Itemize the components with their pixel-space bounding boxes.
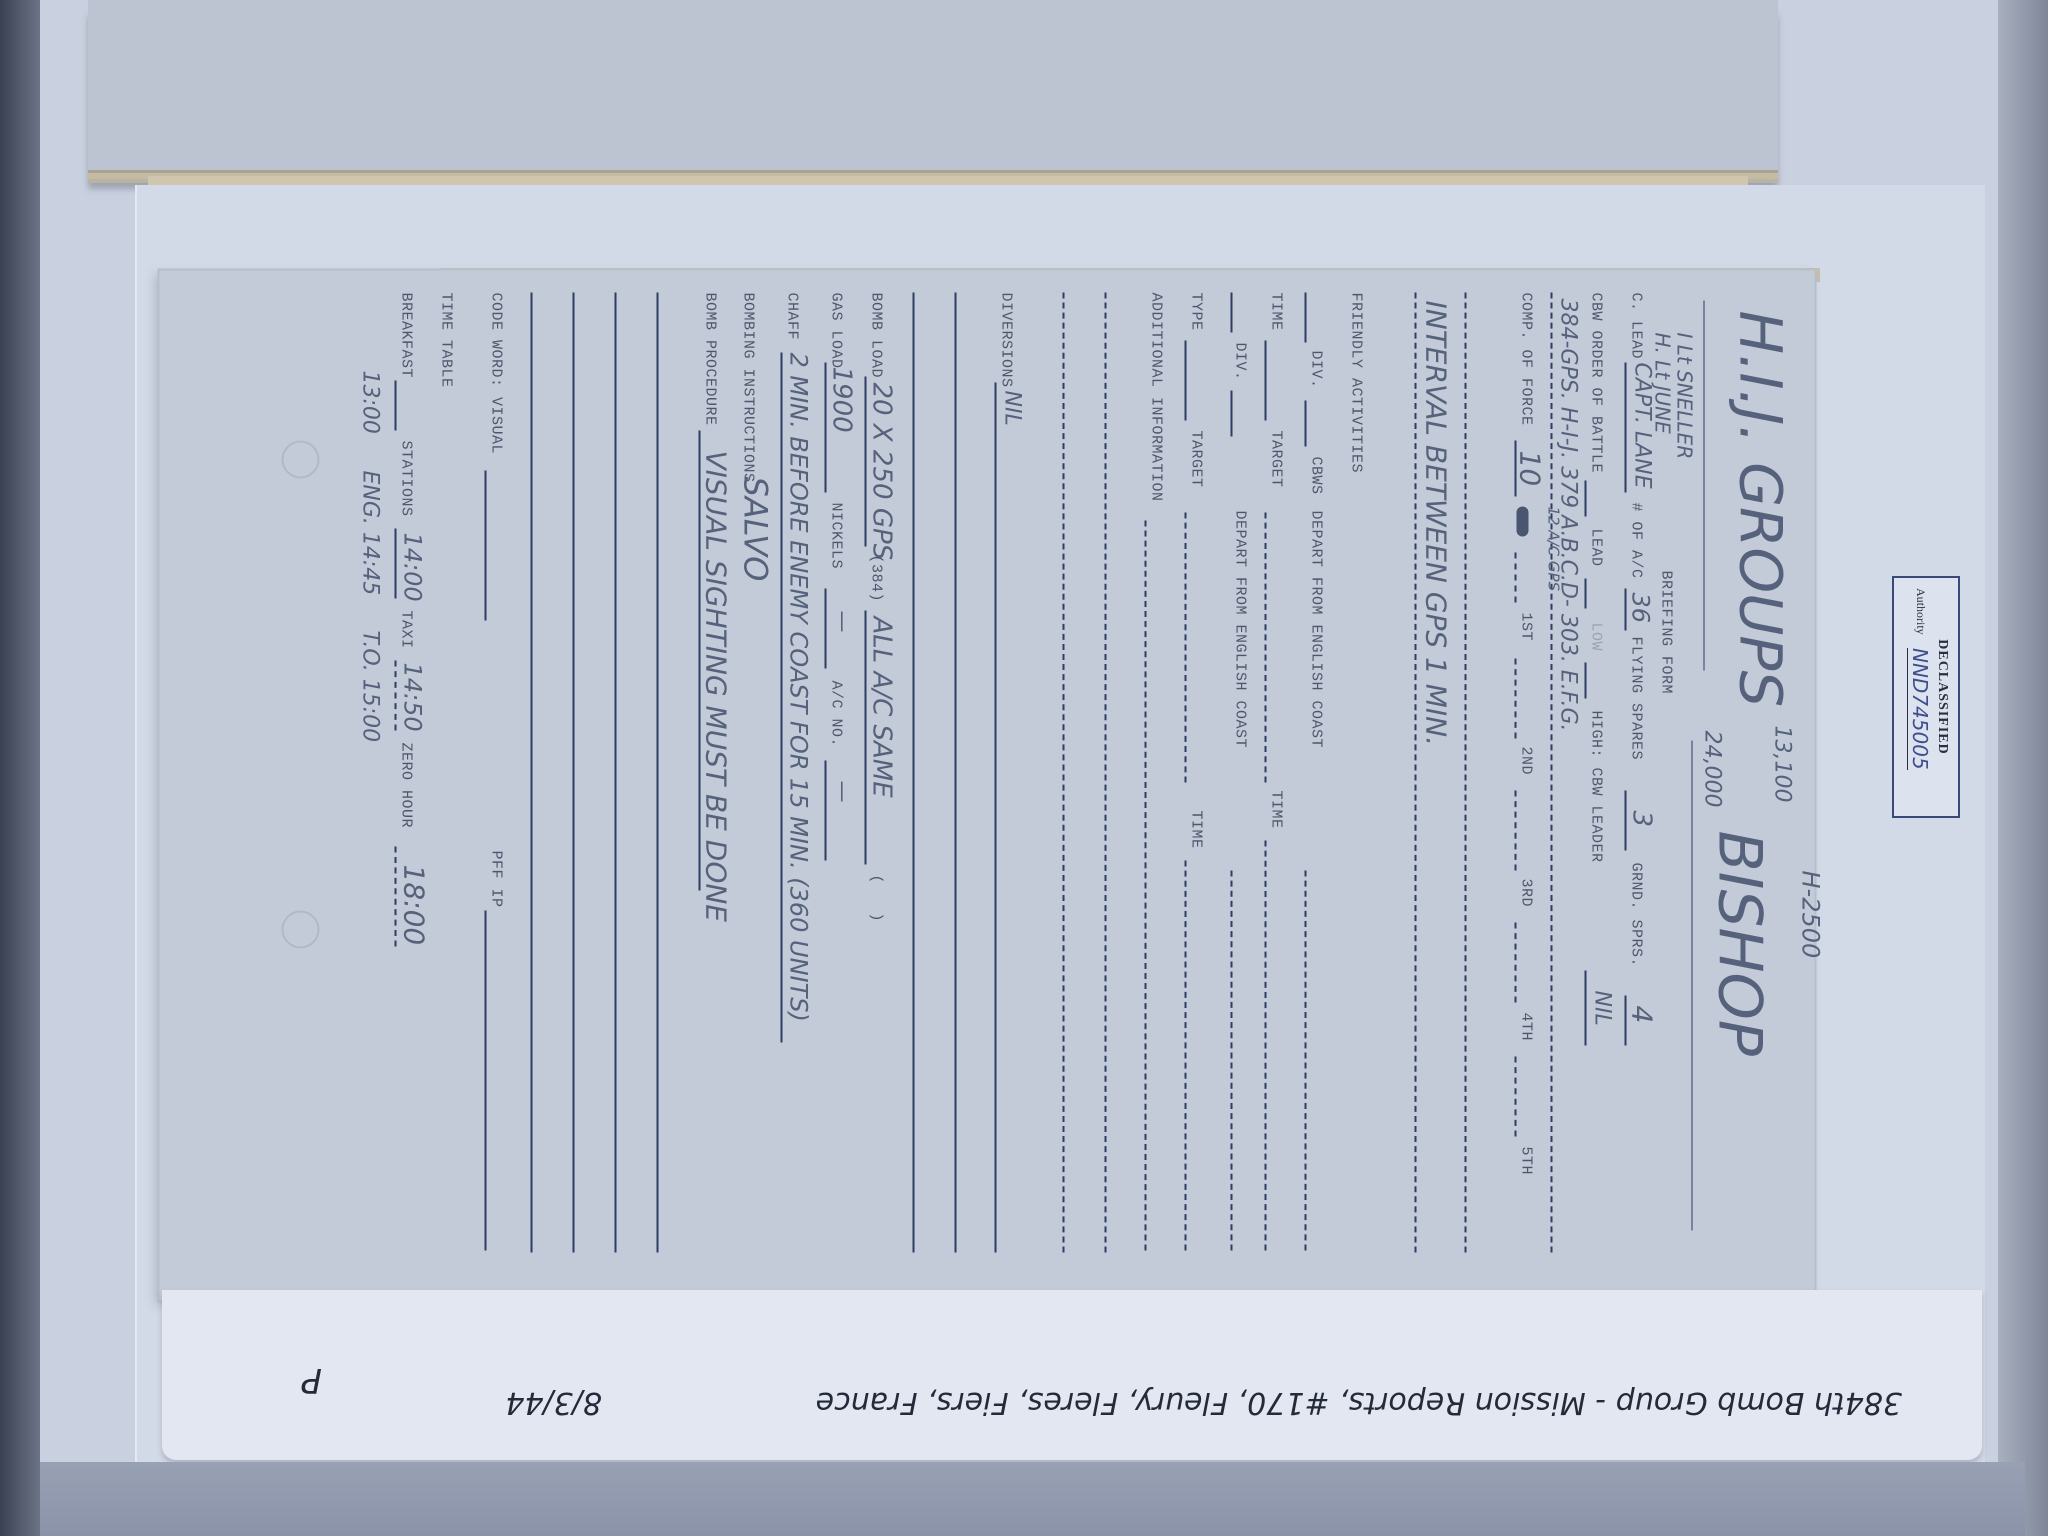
- diversions-value: NIL: [1000, 391, 1025, 426]
- interval-line: INTERVAL BETWEEN GPS 1 MIN.: [1420, 301, 1453, 747]
- taxi-value: 14:50: [399, 663, 427, 732]
- zero-hour-value: 18:00: [398, 865, 431, 946]
- archive-label-strip: 384th Bomb Group - Mission Reports, #170…: [162, 1290, 1982, 1460]
- engine-time-value: ENG. 14:45: [358, 471, 383, 596]
- flying-spares-value: 3: [1627, 811, 1657, 828]
- chaff-value: 2 MIN. BEFORE ENEMY COAST FOR 15 MIN. (3…: [785, 353, 813, 1022]
- label-description: 384th Bomb Group - Mission Reports, #170…: [816, 1385, 1902, 1420]
- comp-force-value: 10: [1514, 451, 1547, 487]
- num-aircraft-value: 36: [1627, 593, 1655, 624]
- comp-force-note: 12 A/C GPS: [1545, 507, 1563, 592]
- briefing-form-rotated: H.I.J. GROUPS BISHOP H-2500 13,100 24,00…: [160, 271, 1815, 1301]
- ground-spares-value: 4: [1626, 1006, 1659, 1024]
- handwritten-note-2: 13,100: [1770, 726, 1795, 803]
- folder-edge: [1998, 0, 2048, 1536]
- handwritten-name: BISHOP: [1705, 831, 1775, 1056]
- lead-value: CAPT. LANE: [1630, 363, 1655, 489]
- ac-no-value: —: [830, 781, 855, 803]
- stamp-authority-value: NND745005: [1907, 648, 1932, 770]
- crew-note-1: I Lt SNELLER: [1673, 333, 1697, 460]
- stations-value: 14:00: [399, 533, 427, 602]
- redaction-mark: [1517, 507, 1529, 537]
- handwritten-note-1: H-2500: [1797, 871, 1825, 959]
- bombing-instructions-value: SALVO: [737, 477, 775, 582]
- cbw-leader-value: NIL: [1590, 991, 1615, 1026]
- form-title: BRIEFING FORM: [1658, 571, 1675, 695]
- bomb-load-note: ALL A/C SAME: [867, 617, 897, 798]
- punch-hole: [282, 911, 320, 949]
- briefing-time-value: 13:00: [358, 371, 383, 434]
- gas-load-value: 1900: [827, 367, 857, 433]
- folder-bottom: [40, 1462, 2025, 1536]
- bomb-procedure-value: VISUAL SIGHTING MUST BE DONE: [700, 451, 733, 923]
- label-letter: P: [301, 1360, 322, 1400]
- punch-hole: [282, 441, 320, 479]
- stamp-title: DECLASSIFIED: [1934, 578, 1950, 816]
- stamp-authority-label: Authority: [1913, 588, 1928, 635]
- table-edge: [0, 0, 40, 1536]
- paper-stack-top: [88, 0, 1778, 173]
- handwritten-title: H.I.J. GROUPS: [1727, 311, 1795, 708]
- label-date: 8/3/44: [505, 1385, 602, 1420]
- declassified-stamp: DECLASSIFIED Authority NND745005: [1892, 576, 1960, 818]
- nickels-value: —: [830, 611, 855, 633]
- briefing-form: H.I.J. GROUPS BISHOP H-2500 13,100 24,00…: [160, 271, 1815, 1301]
- bomb-load-value: 20 X 250 GPS: [867, 383, 897, 561]
- takeoff-time-value: T.O. 15:00: [358, 631, 383, 743]
- handwritten-note-3: 24,000: [1700, 731, 1725, 808]
